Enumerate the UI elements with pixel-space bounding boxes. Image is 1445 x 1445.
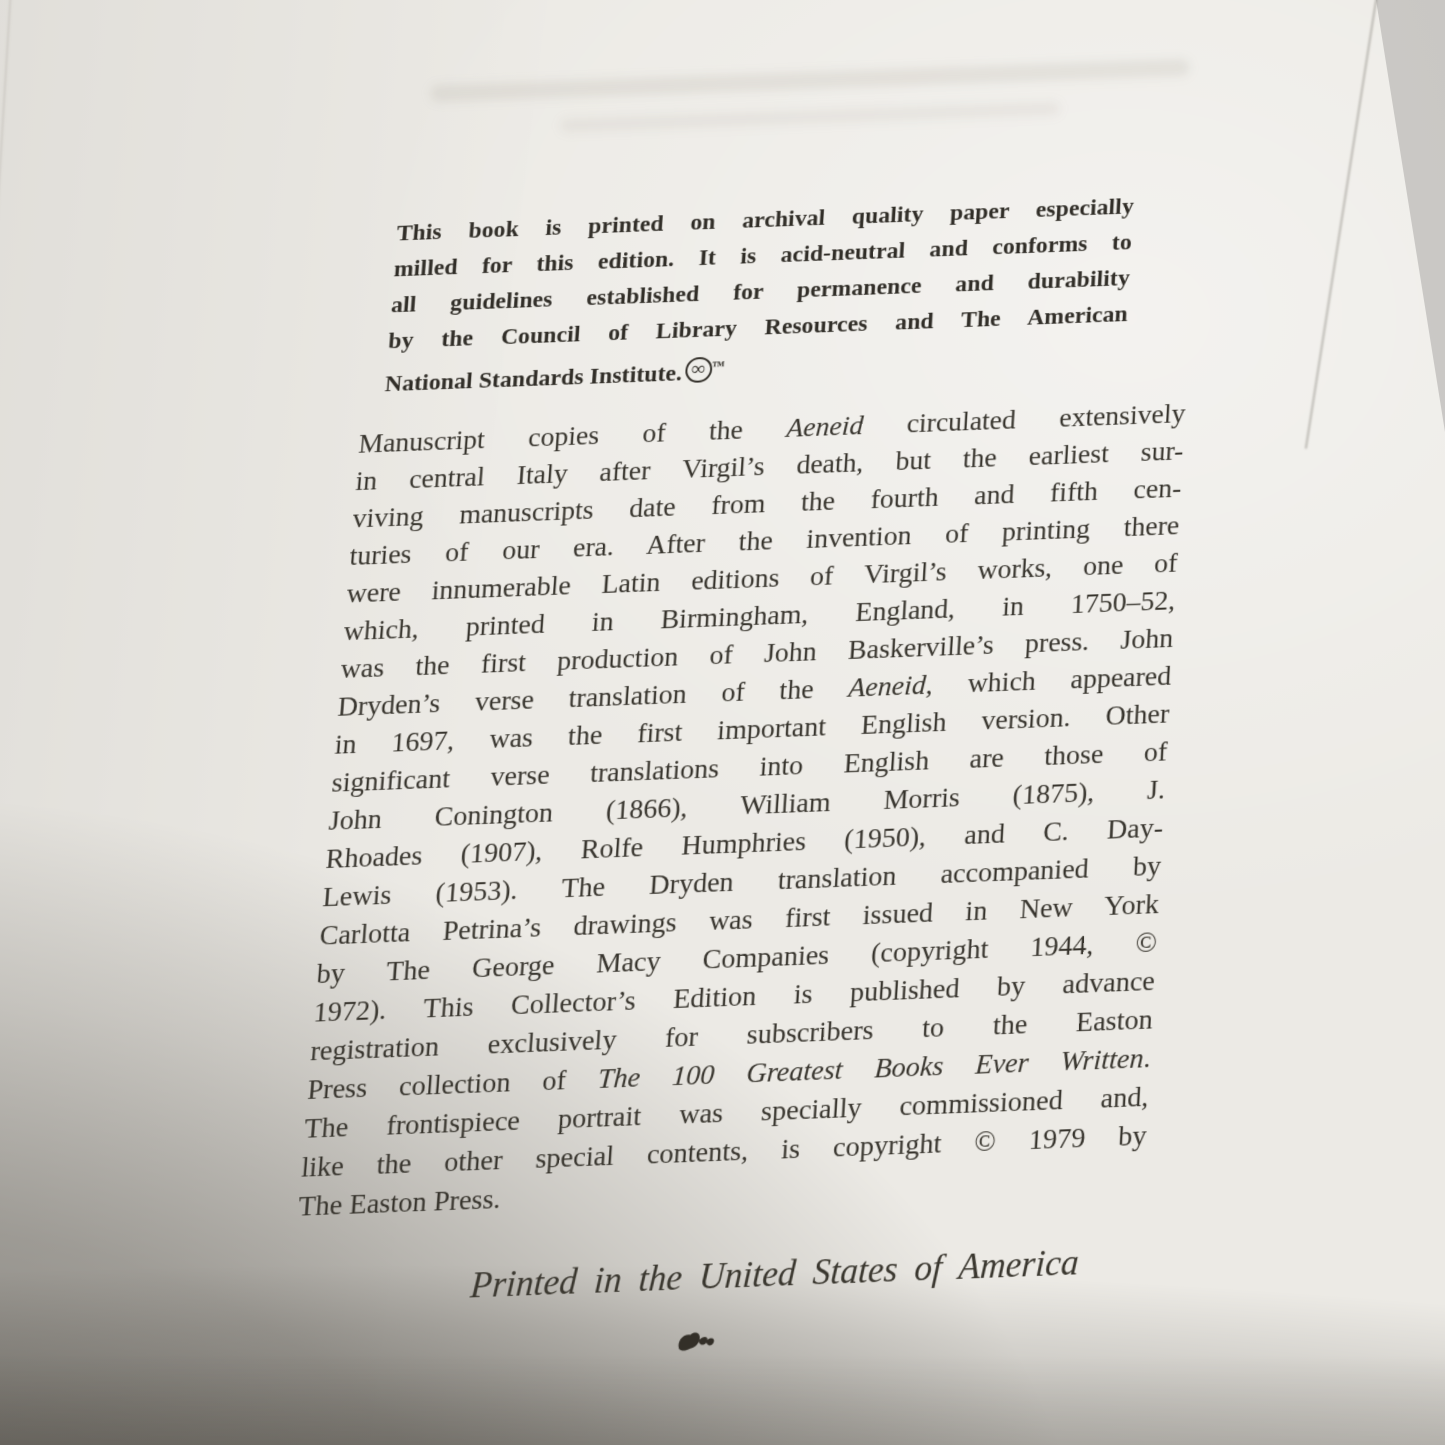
show-through-ghost-text — [430, 59, 1190, 103]
text-segment: , which appeared — [925, 661, 1172, 701]
text-segment: Aeneid — [785, 411, 864, 444]
text-segment: National Standards Institute. — [384, 361, 683, 397]
page-right-edge-line — [1305, 0, 1378, 449]
text-segment: The Easton Press. — [297, 1183, 502, 1223]
printed-in-usa-line: Printed in the United States of America — [290, 1240, 1145, 1314]
printers-fleuron-icon — [285, 1312, 1141, 1375]
show-through-ghost-text — [560, 101, 1060, 132]
permanent-paper-icon: ∞ — [685, 356, 713, 383]
archival-notice-paragraph: This book is printed on archival quality… — [384, 189, 1135, 403]
edition-note-paragraph: Manuscript copies of the Aeneid circulat… — [297, 396, 1187, 1227]
text-segment: Aeneid — [847, 670, 926, 704]
text-segment: . — [1143, 1043, 1152, 1075]
page-text-block: This book is printed on archival quality… — [285, 187, 1201, 1375]
text-segment: Press collection of — [306, 1064, 599, 1107]
page-left-crease — [0, 0, 12, 417]
book-page-photo: This book is printed on archival quality… — [0, 0, 1445, 1445]
trademark-symbol: ™ — [712, 358, 726, 373]
